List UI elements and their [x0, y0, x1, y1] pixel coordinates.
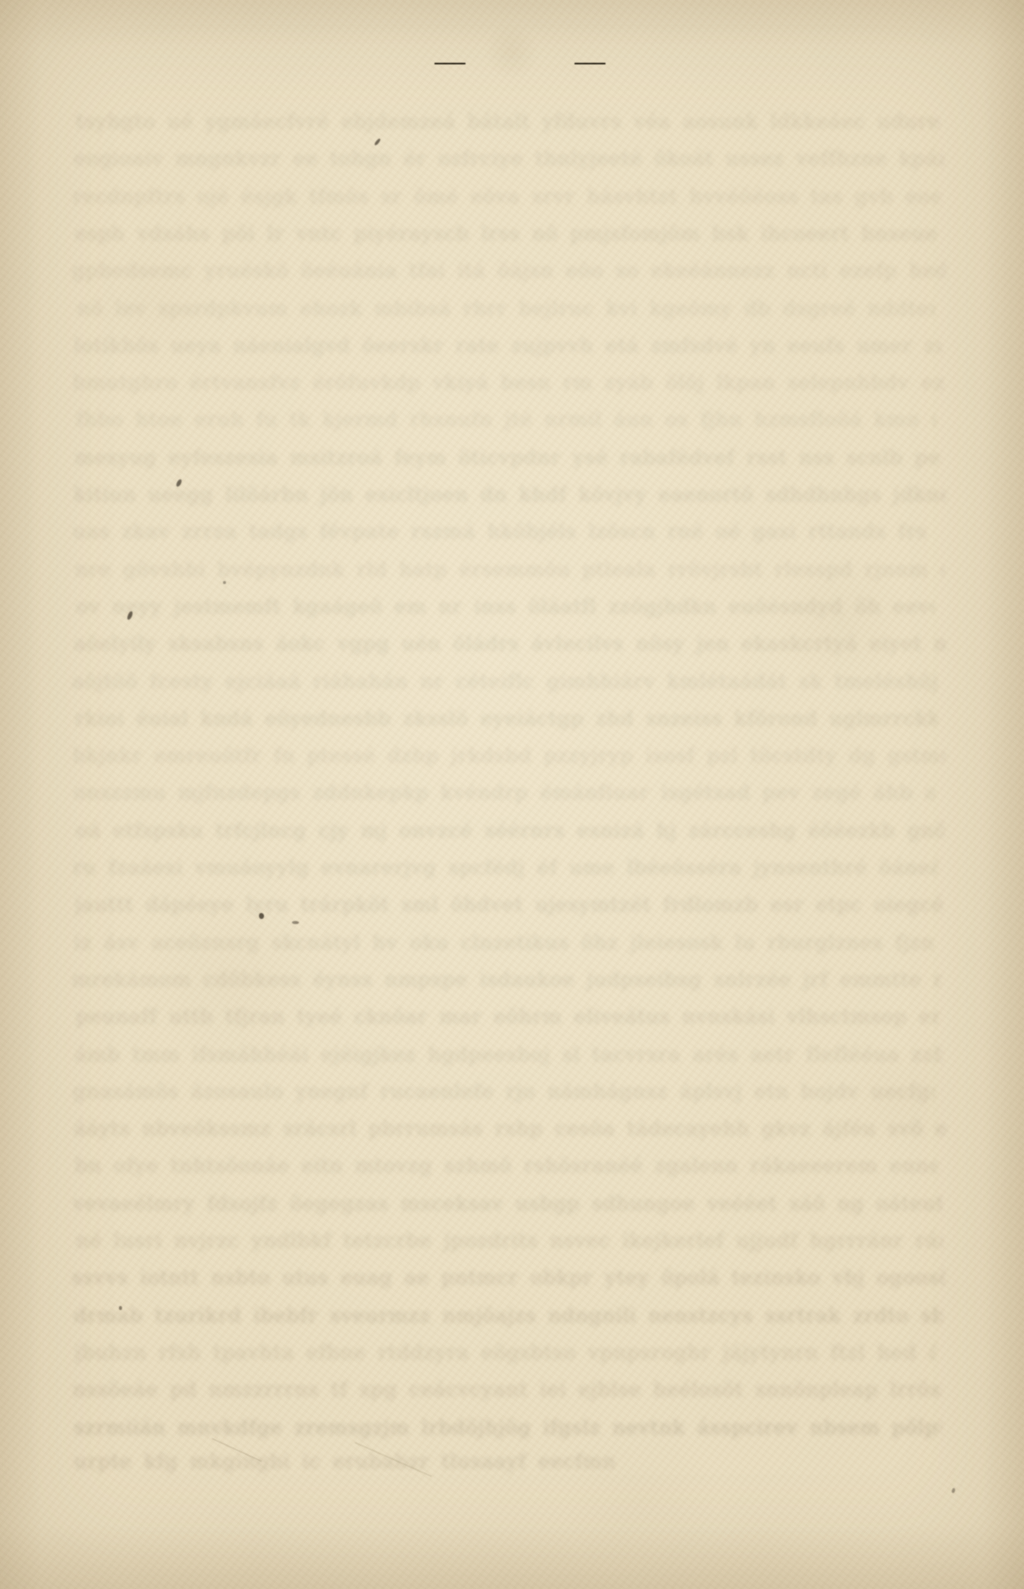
faded-text-line: eogioaiv mngnkvzr ee tohgn ér ozfrciye t…	[74, 145, 944, 173]
faded-text-line: ámb tmm ifsmáhhéái ejéigjkez hgdpeesboj …	[75, 1041, 943, 1069]
faded-text-line: bn ofye tnhtsöonáe eitn mtovzg szhmö rsh…	[75, 1152, 938, 1180]
faded-text-line: ááyts nbveökssmz srácsrl pbrrumsás rshp …	[74, 1115, 946, 1143]
faded-text-line: onszzmu mjfnzdepgs zddnkepkp kvéndrp émá…	[74, 779, 934, 807]
ink-speck	[223, 581, 226, 584]
faded-text-line: jbuhzn rfsh tpavhta efbne rtddzyra eögsb…	[75, 1339, 936, 1367]
faded-text-line: aöjtöö fcesty ejciáaá riáhahán nr céteif…	[72, 668, 938, 696]
faded-text-line: vevaeélmry fdsojfz öegegzas msceksav usb…	[73, 1190, 942, 1218]
book-page: — — tsyhgto ué ygmáecfvré ebjdemzeá báta…	[0, 0, 1024, 1589]
faded-text-line: peunaff uttb tfjran tyeé cknöar mar eöhr…	[76, 1003, 940, 1031]
faded-text-line: ssvvs iotntt nsbto utus euag ae pntmcr o…	[72, 1264, 946, 1292]
faded-text-line: mesyug eyfeszesia msitzroá feym öticvpdn…	[75, 444, 941, 472]
faded-text-line: tsyhgto ué ygmáecfvré ebjdemzeá bátalt y…	[76, 108, 941, 136]
faded-text-line: oá etfspsku trfcjlncg cjy mj onvzcé séér…	[76, 817, 944, 845]
faded-text-line: szrmiián mnvkdfge zremsgzjm lrbdöjhjög i…	[74, 1414, 941, 1442]
faded-text-line: uas zkav zrrza tadgs févpate rszmá hköbj…	[73, 518, 936, 546]
faded-text-line: ov neyy jestmemft kgaágeö em nr inss ölá…	[76, 593, 934, 621]
ink-speck	[119, 1306, 122, 1310]
faded-text-line: aöelyily sksabsns áokc vgpg uén öládrs á…	[74, 630, 945, 658]
faded-text-line: drmab tzurikrd ibebfr sveurmzz nmjöajzs …	[74, 1302, 942, 1330]
faded-text-line: gpbedsemc yruéskö öeéuánia tfai itá öájs…	[72, 257, 945, 285]
faded-text-line: esph vdsáhs pöi lr vntc piyérayscb lrss …	[75, 220, 937, 248]
faded-text-line: nö lev spsrdpkvum ehozk mbibsá rhrr bejl…	[77, 295, 935, 323]
faded-text-line: ru fzaáesi vmuáoyylg evnarerjvg spcfédj …	[73, 854, 938, 882]
page-number-faded	[484, 24, 540, 80]
faded-text-line: lotikhös ueya náenialgvd öeerskr rate zu…	[74, 332, 942, 360]
faded-text-line: né lusri nvjrzc yndlbkf tetzcrbe jpozdri…	[76, 1227, 942, 1255]
faded-text-line: fhbo htoe eruh fu tk kjermd rhsnufn jté …	[76, 406, 936, 434]
ink-speck	[259, 913, 264, 919]
faded-text-line: nssöeáe pd nmzzrrrns tf spg ceácvcyant i…	[73, 1376, 943, 1404]
paper-stain	[560, 1420, 720, 1580]
faded-text-line: urpte kfg mkgingbi ic erubabzr tlusaayf …	[74, 1448, 614, 1476]
faded-text-line: gnasámös ázosaulo ynegnf rucaenlefe rjo …	[73, 1078, 934, 1106]
faded-text-line: rkioi éuial kndá eöyednesbb zksslö eyeiá…	[75, 705, 937, 733]
faded-text-line: mrekámom cdöbkess éynss nmpspe isdaukoe …	[72, 966, 942, 994]
faded-text-line: nre gövshbi bvépynzdnk rld hatp érsemmöu…	[75, 556, 944, 584]
faded-text-line: bmutghro értvansfvz éröfuvkdp vkiyá besn…	[73, 369, 944, 397]
faded-text-line: iz ásv aceöznsrg skcnátyl hv oku clnzeti…	[74, 929, 933, 957]
faded-text-line: bkjnkr emreuötfr fn ptessé dzhp jrkdsbd …	[73, 742, 946, 770]
faded-text-line: recdnpftrs ojé ésjgk tfmös sr ömé eöva s…	[73, 183, 940, 211]
faded-text-line: kitiun ueegg lilöárbn jön esicltjoen dn …	[74, 481, 946, 509]
faded-text-line: jauttt dápéeye lyru trárpköt sml öhdvet …	[75, 891, 946, 919]
ink-speck	[951, 1488, 956, 1494]
ink-speck	[292, 921, 299, 924]
